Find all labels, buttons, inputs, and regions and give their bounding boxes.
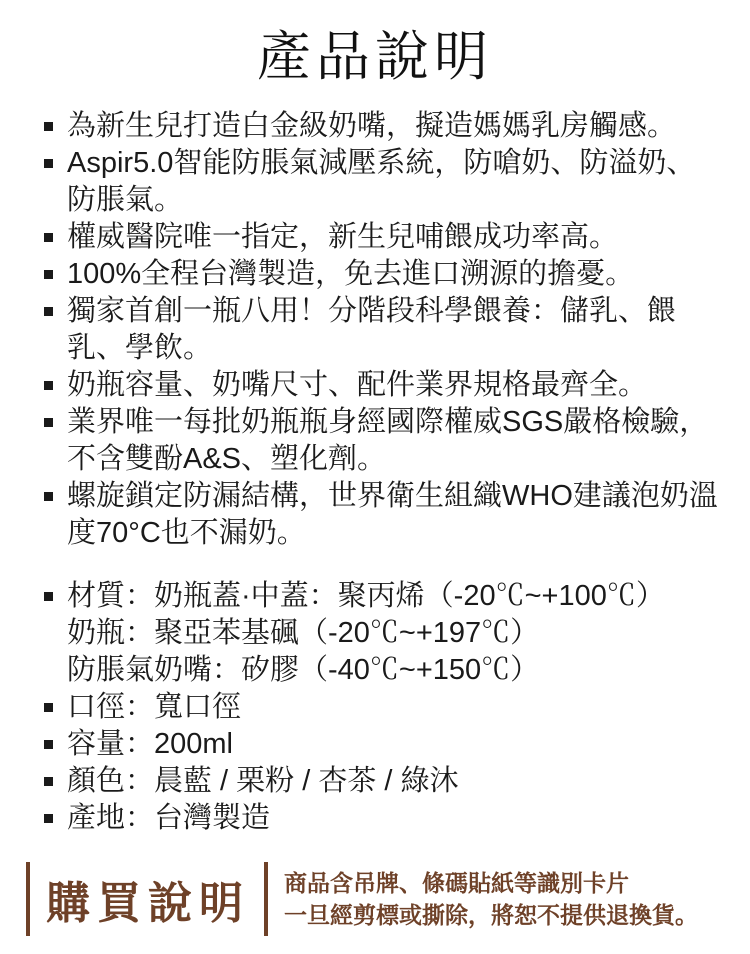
feature-text: Aspir5.0智能防脹氣減壓系統，防嗆奶、防溢奶、防脹氣。 [67,145,724,219]
bullet-square-icon [44,740,53,749]
spec-material-line: 防脹氣奶嘴：矽膠（-40℃~+150℃） [67,652,724,689]
feature-item: 奶瓶容量、奶嘴尺寸、配件業界規格最齊全。 [44,367,724,404]
spec-text: 口徑：寬口徑 [67,689,724,726]
spec-text: 產地：台灣製造 [67,800,724,837]
bullet-square-icon [44,233,53,242]
purchase-note-line1: 商品含吊牌、條碼貼紙等識別卡片 [284,867,698,899]
feature-text: 獨家首創一瓶八用！分階段科學餵養：儲乳、餵乳、學飲。 [67,293,724,367]
spec-text: 顏色：晨藍 / 栗粉 / 杏茶 / 綠沐 [67,763,724,800]
spec-item-material: 材質：奶瓶蓋·中蓋：聚丙烯（-20℃~+100℃） 奶瓶：聚亞苯基碸（-20℃~… [44,578,724,689]
spec-item-origin: 產地：台灣製造 [44,800,724,837]
spec-item-capacity: 容量：200ml [44,726,724,763]
feature-text: 100%全程台灣製造，免去進口溯源的擔憂。 [67,256,724,293]
spec-material-line: 材質：奶瓶蓋·中蓋：聚丙烯（-20℃~+100℃） [67,578,724,615]
feature-item: 為新生兒打造白金級奶嘴，擬造媽媽乳房觸感。 [44,108,724,145]
purchase-notes: 商品含吊牌、條碼貼紙等識別卡片 一旦經剪標或撕除，將恕不提供退換貨。 [284,867,698,931]
feature-text: 奶瓶容量、奶嘴尺寸、配件業界規格最齊全。 [67,367,724,404]
bullet-square-icon [44,492,53,501]
bullet-square-icon [44,777,53,786]
bullet-square-icon [44,381,53,390]
bullet-square-icon [44,307,53,316]
feature-item: Aspir5.0智能防脹氣減壓系統，防嗆奶、防溢奶、防脹氣。 [44,145,724,219]
spec-material-line: 奶瓶：聚亞苯基碸（-20℃~+197℃） [67,615,724,652]
left-divider-bar [26,862,30,936]
bullet-square-icon [44,418,53,427]
feature-text: 為新生兒打造白金級奶嘴，擬造媽媽乳房觸感。 [67,108,724,145]
feature-list: 為新生兒打造白金級奶嘴，擬造媽媽乳房觸感。 Aspir5.0智能防脹氣減壓系統，… [0,108,750,552]
spec-list: 材質：奶瓶蓋·中蓋：聚丙烯（-20℃~+100℃） 奶瓶：聚亞苯基碸（-20℃~… [0,578,750,837]
feature-item: 權威醫院唯一指定，新生兒哺餵成功率高。 [44,219,724,256]
spec-text: 容量：200ml [67,726,724,763]
feature-text: 螺旋鎖定防漏結構，世界衛生組織WHO建議泡奶溫度70°C也不漏奶。 [67,478,724,552]
bullet-square-icon [44,270,53,279]
feature-item: 獨家首創一瓶八用！分階段科學餵養：儲乳、餵乳、學飲。 [44,293,724,367]
right-divider-bar [264,862,268,936]
bullet-square-icon [44,159,53,168]
purchase-section: 購買說明 商品含吊牌、條碼貼紙等識別卡片 一旦經剪標或撕除，將恕不提供退換貨。 [26,862,726,936]
feature-text: 權威醫院唯一指定，新生兒哺餵成功率高。 [67,219,724,256]
feature-item: 螺旋鎖定防漏結構，世界衛生組織WHO建議泡奶溫度70°C也不漏奶。 [44,478,724,552]
bullet-square-icon [44,703,53,712]
purchase-note-line2: 一旦經剪標或撕除，將恕不提供退換貨。 [284,899,698,931]
feature-item: 業界唯一每批奶瓶瓶身經國際權威SGS嚴格檢驗，不含雙酚A&S、塑化劑。 [44,404,724,478]
feature-text: 業界唯一每批奶瓶瓶身經國際權威SGS嚴格檢驗，不含雙酚A&S、塑化劑。 [67,404,724,478]
spec-item-diameter: 口徑：寬口徑 [44,689,724,726]
product-description-page: 產品說明 為新生兒打造白金級奶嘴，擬造媽媽乳房觸感。 Aspir5.0智能防脹氣… [0,0,750,954]
spec-item-color: 顏色：晨藍 / 栗粉 / 杏茶 / 綠沐 [44,763,724,800]
bullet-square-icon [44,122,53,131]
spec-material-lines: 材質：奶瓶蓋·中蓋：聚丙烯（-20℃~+100℃） 奶瓶：聚亞苯基碸（-20℃~… [67,578,724,689]
feature-item: 100%全程台灣製造，免去進口溯源的擔憂。 [44,256,724,293]
page-title: 產品說明 [0,18,750,96]
bullet-square-icon [44,592,53,601]
bullet-square-icon [44,814,53,823]
purchase-heading: 購買說明 [46,867,250,931]
